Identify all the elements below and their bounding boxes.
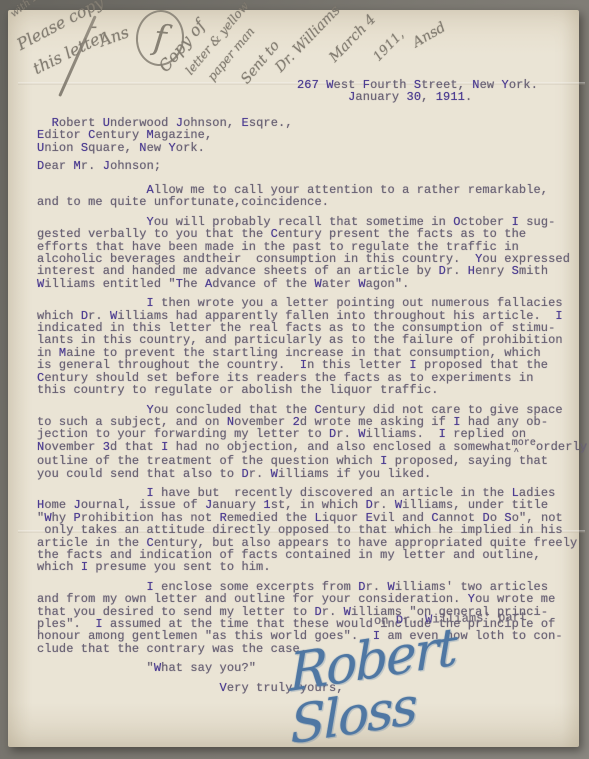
paragraph: You will probably recall that sometime i… (37, 216, 587, 290)
sender-address-block: 267 West Fourth Street, New York. Januar… (297, 79, 538, 104)
typed-insertion: more (512, 438, 536, 450)
paragraph: 267 West Fourth Street, New York. Januar… (297, 79, 538, 104)
paragraph: Robert Underwood Johnson, Esqre.,Editor … (37, 117, 293, 154)
recipient-address-block: Robert Underwood Johnson, Esqre.,Editor … (37, 117, 293, 154)
salutation: Dear Mr. Johnson; (37, 160, 161, 172)
paragraph: Dear Mr. Johnson; (37, 160, 161, 172)
paragraph: You concluded that the Century did not c… (37, 404, 587, 480)
paragraph: I then wrote you a letter pointing out n… (37, 297, 587, 396)
paragraph: I have but recently discovered an articl… (37, 487, 587, 574)
paragraph: Allow me to call your attention to a rat… (37, 184, 587, 209)
handwritten-annotation: - (91, 16, 97, 37)
letter-photo: f with FrenchPlease copythis letterAns-C… (0, 0, 589, 759)
